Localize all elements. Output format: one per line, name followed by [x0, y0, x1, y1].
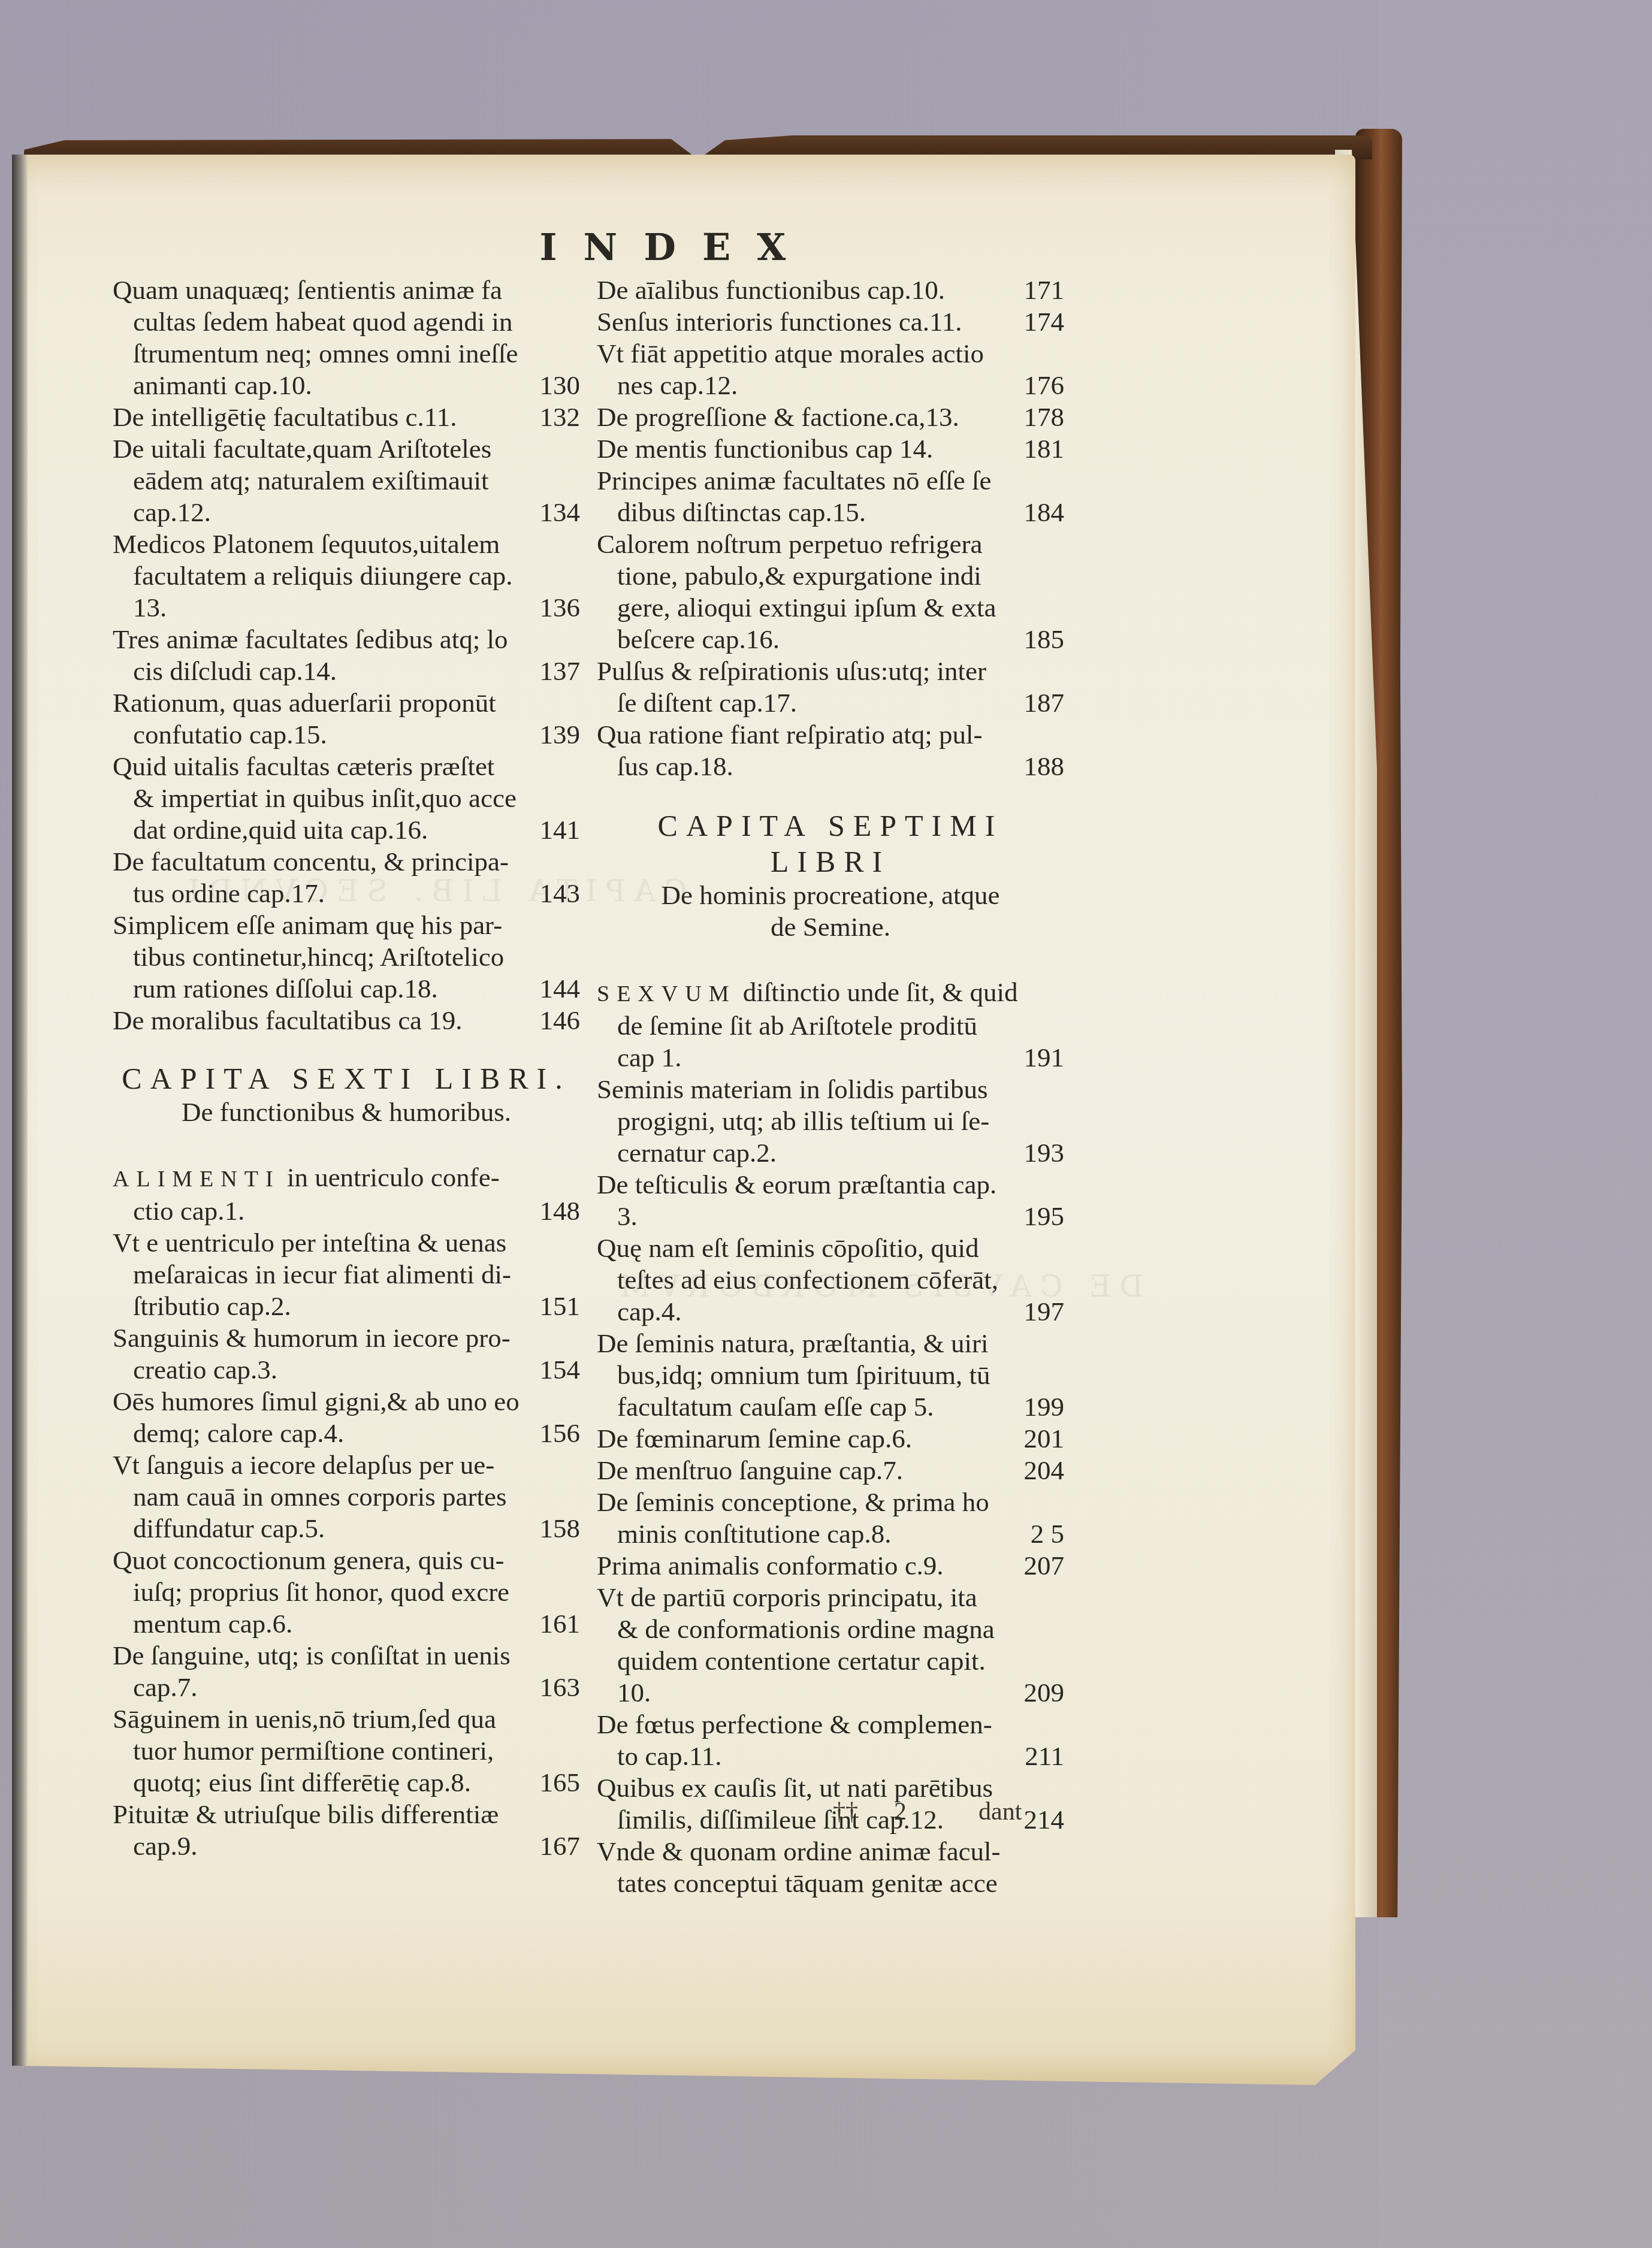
index-entry-line: ALIMENTI in uentriculo confe-	[113, 1162, 580, 1195]
entry-text: tuor humor permiſtione contineri,	[133, 1735, 494, 1767]
entry-text: 3.	[617, 1201, 638, 1232]
index-entry-line: confutatio cap.15.139	[113, 719, 580, 751]
entry-text: progigni, utq; ab illis teſtium ui ſe-	[617, 1105, 989, 1137]
entry-text: De mentis functionibus cap 14.	[597, 433, 933, 465]
page-header-title: INDEX	[0, 225, 1334, 269]
index-entry-line: tates conceptui tāquam genitæ acce	[597, 1868, 1064, 1899]
entry-text: 10.	[617, 1677, 651, 1709]
index-entry-line: ſtrumentum neq; omnes omni ineſſe	[113, 338, 580, 370]
index-entry-line: Qua ratione fiant reſpiratio atq; pul-	[597, 719, 1064, 751]
index-entry-line: cultas ſedem habeat quod agendi in	[113, 306, 580, 338]
index-entry-line: demq; calore cap.4.156	[113, 1418, 580, 1449]
index-entry-line: Prima animalis conformatio c.9.207	[597, 1550, 1064, 1582]
index-entry-line: De fœtus perfectione & complemen-	[597, 1709, 1064, 1741]
entry-text: De fœtus perfectione & complemen-	[597, 1709, 992, 1741]
page-number: 214	[1016, 1804, 1065, 1836]
index-entry-line: Oēs humores ſimul gigni,& ab uno eo	[113, 1386, 580, 1418]
page-gutter	[12, 155, 28, 2085]
entry-text: Calorem noſtrum perpetuo refrigera	[597, 528, 983, 560]
index-entry-line: facultatem a reliquis diiungere cap.	[113, 560, 580, 592]
entry-text: gere, alioqui extingui ipſum & exta	[617, 592, 996, 624]
page-signature-line: †† 2 dant	[833, 1797, 1022, 1826]
entry-text: Oēs humores ſimul gigni,& ab uno eo	[113, 1386, 520, 1418]
entry-text: Pituitæ & utriuſque bilis differentiæ	[113, 1799, 499, 1830]
index-entry: Quid uitalis facultas cæteris præſtet& i…	[113, 751, 580, 846]
entry-text: tibus continetur,hincq; Ariſtotelico	[133, 941, 504, 973]
page-number: 139	[531, 719, 581, 751]
entry-text: cis diſcludi cap.14.	[133, 655, 337, 687]
entry-text-rest: diſtinctio unde ſit, & quid	[736, 977, 1017, 1007]
index-entry-line: dibus diſtinctas cap.15.184	[597, 497, 1064, 528]
entry-lead-word: ALIMENTI	[113, 1167, 280, 1192]
entry-text: Medicos Platonem ſequutos,uitalem	[113, 528, 500, 560]
index-entry-line: bus,idq; omnium tum ſpirituum, tū	[597, 1359, 1064, 1391]
right-index-column: De aīalibus functionibus cap.10.171Senſu…	[597, 274, 1064, 1899]
catchword: dant	[978, 1797, 1022, 1826]
entry-text: minis conſtitutione cap.8.	[617, 1518, 891, 1550]
page-number: 163	[531, 1672, 581, 1703]
entry-text: quidem contentione certatur capit.	[617, 1645, 986, 1677]
right-entries-bottom: SEXVUM diſtinctio unde ſit, & quidde ſem…	[597, 977, 1064, 1899]
page-number: 132	[531, 401, 581, 433]
page-number: 130	[531, 370, 581, 401]
index-entry-line: tus ordine cap.17.143	[113, 878, 580, 910]
section-heading-sixth-book: CAPITA SEXTI LIBRI. De functionibus & hu…	[113, 1060, 580, 1128]
entry-text: Quid uitalis facultas cæteris præſtet	[113, 751, 494, 782]
entry-text: De menſtruo ſanguine cap.7.	[597, 1455, 903, 1486]
right-entries-top: De aīalibus functionibus cap.10.171Senſu…	[597, 274, 1064, 782]
page-number: 176	[1016, 370, 1065, 401]
index-entry-line: Senſus interioris functiones ca.11.174	[597, 306, 1064, 338]
entry-text: cap 1.	[617, 1042, 681, 1074]
index-entry-line: diffundatur cap.5.158	[113, 1513, 580, 1545]
entry-lead-word: SEXVUM	[597, 981, 736, 1007]
entry-text: rum rationes diſſolui cap.18.	[133, 973, 438, 1005]
entry-text: De ſeminis natura, præſtantia, & uiri	[597, 1328, 989, 1359]
index-entry: Senſus interioris functiones ca.11.174	[597, 306, 1064, 338]
page-number: 181	[1016, 433, 1065, 465]
index-entry-line: De uitali facultate,quam Ariſtoteles	[113, 433, 580, 465]
page-number: 134	[531, 497, 581, 528]
index-entry-line: Vt fiāt appetitio atque morales actio	[597, 338, 1064, 370]
entry-text: bus,idq; omnium tum ſpirituum, tū	[617, 1359, 990, 1391]
index-entry: ALIMENTI in uentriculo confe-ctio cap.1.…	[113, 1162, 580, 1227]
index-entry-line: Sanguinis & humorum in iecore pro-	[113, 1322, 580, 1354]
page-number: 185	[1016, 624, 1065, 655]
index-entry-line: nes cap.12.176	[597, 370, 1064, 401]
page-number: 165	[531, 1767, 581, 1799]
entry-text: ſus cap.18.	[617, 751, 733, 782]
index-entry: De mentis functionibus cap 14.181	[597, 433, 1064, 465]
page-number: 154	[531, 1354, 581, 1386]
page-number: 144	[531, 973, 581, 1005]
index-entry-line: beſcere cap.16.185	[597, 624, 1064, 655]
index-entry-line: Seminis materiam in ſolidis partibus	[597, 1074, 1064, 1105]
index-entry: De ſeminis conceptione, & prima hominis …	[597, 1486, 1064, 1550]
entry-text: 13.	[133, 592, 167, 624]
page-number: 137	[531, 655, 581, 687]
index-entry: Principes animæ facultates nō eſſe ſedib…	[597, 465, 1064, 528]
entry-text: dat ordine,quid uita cap.16.	[133, 814, 428, 846]
index-entry-line: mentum cap.6.161	[113, 1608, 580, 1640]
entry-text: Simplicem eſſe animam quę his par-	[113, 910, 502, 941]
entry-text: ctio cap.1.	[133, 1195, 244, 1227]
index-entry-line: facultatum cauſam eſſe cap 5.199	[597, 1391, 1064, 1423]
index-entry-line: ſe diſtent cap.17.187	[597, 687, 1064, 719]
page-number: 193	[1016, 1137, 1065, 1169]
entry-text: cap.9.	[133, 1830, 197, 1862]
entry-text: facultatum cauſam eſſe cap 5.	[617, 1391, 934, 1423]
entry-text: Tres animæ facultates ſedibus atq; lo	[113, 624, 508, 655]
index-entry-line: cap.12.134	[113, 497, 580, 528]
index-entry-line: Quę nam eſt ſeminis cōpoſitio, quid	[597, 1232, 1064, 1264]
entry-text: SEXVUM diſtinctio unde ſit, & quid	[597, 977, 1017, 1010]
index-entry-line: Vt e uentriculo per inteſtina & uenas	[113, 1227, 580, 1259]
entry-text: Vt e uentriculo per inteſtina & uenas	[113, 1227, 506, 1259]
index-entry: De fœtus perfectione & complemen-to cap.…	[597, 1709, 1064, 1772]
entry-text: Qua ratione fiant reſpiratio atq; pul-	[597, 719, 983, 751]
index-entry-line: cap.4.197	[597, 1296, 1064, 1328]
entry-text: De ſeminis conceptione, & prima ho	[597, 1486, 989, 1518]
index-entry-line: tuor humor permiſtione contineri,	[113, 1735, 580, 1767]
index-entry-line: creatio cap.3.154	[113, 1354, 580, 1386]
index-entry-line: 3.195	[597, 1201, 1064, 1232]
index-entry: Pituitæ & utriuſque bilis differentiæcap…	[113, 1799, 580, 1862]
index-entry-line: cis diſcludi cap.14.137	[113, 655, 580, 687]
index-entry-line: teſtes ad eius confectionem cōferāt,	[597, 1264, 1064, 1296]
page-number: 158	[531, 1513, 581, 1545]
page-number: 207	[1016, 1550, 1065, 1582]
index-entry-line: De fœminarum ſemine cap.6.201	[597, 1423, 1064, 1455]
index-entry-line: Rationum, quas aduerſarii proponūt	[113, 687, 580, 719]
entry-text: De moralibus facultatibus ca 19.	[113, 1005, 463, 1037]
entry-text: & impertiat in quibus inſit,quo acce	[133, 782, 517, 814]
index-entry: De fœminarum ſemine cap.6.201	[597, 1423, 1064, 1455]
page-number: 197	[1016, 1296, 1065, 1328]
entry-text: De progreſſione & factione.ca,13.	[597, 401, 959, 433]
index-entry: Simplicem eſſe animam quę his par-tibus …	[113, 910, 580, 1005]
index-entry-line: minis conſtitutione cap.8.2 5	[597, 1518, 1064, 1550]
entry-text: Vt fiāt appetitio atque morales actio	[597, 338, 984, 370]
index-entry-line: ſtributio cap.2.151	[113, 1291, 580, 1322]
entry-text: De aīalibus functionibus cap.10.	[597, 274, 945, 306]
entry-text: demq; calore cap.4.	[133, 1418, 344, 1449]
index-entry: Quam unaquæq; ſentientis animæ facultas …	[113, 274, 580, 401]
entry-text: teſtes ad eius confectionem cōferāt,	[617, 1264, 998, 1296]
page-number: 136	[531, 592, 581, 624]
index-entry: SEXVUM diſtinctio unde ſit, & quidde ſem…	[597, 977, 1064, 1074]
page-number: 188	[1016, 751, 1065, 782]
index-entry: De menſtruo ſanguine cap.7.204	[597, 1455, 1064, 1486]
index-entry-line: iuſq; proprius ſit honor, quod excre	[113, 1576, 580, 1608]
entry-text: Senſus interioris functiones ca.11.	[597, 306, 962, 338]
index-entry: De uitali facultate,quam Ariſtoteleseāde…	[113, 433, 580, 528]
index-entry-line: Calorem noſtrum perpetuo refrigera	[597, 528, 1064, 560]
index-entry-line: cernatur cap.2.193	[597, 1137, 1064, 1169]
left-index-column: Quam unaquæq; ſentientis animæ facultas …	[113, 274, 580, 1862]
entry-text: ſe diſtent cap.17.	[617, 687, 797, 719]
page-number: 195	[1016, 1201, 1065, 1232]
page-number: 156	[531, 1418, 581, 1449]
page-number: 141	[531, 814, 581, 846]
section-subtitle: De functionibus & humoribus.	[113, 1096, 580, 1128]
index-entry-line: Medicos Platonem ſequutos,uitalem	[113, 528, 580, 560]
page-number: 148	[531, 1195, 581, 1227]
left-entries-top: Quam unaquæq; ſentientis animæ facultas …	[113, 274, 580, 1037]
index-entry: Seminis materiam in ſolidis partibusprog…	[597, 1074, 1064, 1169]
entry-text: Rationum, quas aduerſarii proponūt	[113, 687, 496, 719]
entry-text: cultas ſedem habeat quod agendi in	[133, 306, 513, 338]
index-entry: Vnde & quonam ordine animæ facul-tates c…	[597, 1836, 1064, 1899]
page-number: 151	[531, 1291, 581, 1322]
index-entry-line: 13.136	[113, 592, 580, 624]
index-entry-line: Pulſus & reſpirationis uſus:utq; inter	[597, 655, 1064, 687]
book-page: CAPITA LIB. SECVNDI DE CAVSIS MORBORVM I…	[12, 155, 1355, 2085]
section-subtitle-line-2: de Semine.	[597, 911, 1064, 943]
signature-mark: ††	[833, 1797, 858, 1826]
entry-text: eādem atq; naturalem exiſtimauit	[133, 465, 489, 497]
index-entry: Oēs humores ſimul gigni,& ab uno eodemq;…	[113, 1386, 580, 1449]
entry-text: Sanguinis & humorum in iecore pro-	[113, 1322, 511, 1354]
entry-text: Vt de partiū corporis principatu, ita	[597, 1582, 977, 1614]
entry-text: De uitali facultate,quam Ariſtoteles	[113, 433, 491, 465]
index-entry-line: Quid uitalis facultas cæteris præſtet	[113, 751, 580, 782]
entry-text: tates conceptui tāquam genitæ acce	[617, 1868, 998, 1899]
entry-text: De facultatum concentu, & principa-	[113, 846, 509, 878]
entry-text: de ſemine ſit ab Ariſtotele proditū	[617, 1010, 977, 1042]
entry-text: Pulſus & reſpirationis uſus:utq; inter	[597, 655, 986, 687]
index-entry-line: progigni, utq; ab illis teſtium ui ſe-	[597, 1105, 1064, 1137]
index-entry-line: Tres animæ facultates ſedibus atq; lo	[113, 624, 580, 655]
index-entry-line: meſaraicas in iecur fiat alimenti di-	[113, 1259, 580, 1291]
entry-text: cernatur cap.2.	[617, 1137, 777, 1169]
page-number: 204	[1016, 1455, 1065, 1486]
page-number: 167	[531, 1830, 581, 1862]
section-title: CAPITA SEPTIMI LIBRI	[597, 808, 1064, 880]
index-entry: Vt fiāt appetitio atque morales actiones…	[597, 338, 1064, 401]
index-entry-line: Pituitæ & utriuſque bilis differentiæ	[113, 1799, 580, 1830]
index-entry: Calorem noſtrum perpetuo refrigeratione,…	[597, 528, 1064, 655]
index-entry-line: Quam unaquæq; ſentientis animæ fa	[113, 274, 580, 306]
index-entry-line: tibus continetur,hincq; Ariſtotelico	[113, 941, 580, 973]
page-number: 187	[1016, 687, 1065, 719]
index-entry: Pulſus & reſpirationis uſus:utq; interſe…	[597, 655, 1064, 719]
index-entry-line: quidem contentione certatur capit.	[597, 1645, 1064, 1677]
index-entry-line: quotq; eius ſint differētię cap.8.165	[113, 1767, 580, 1799]
entry-text: iuſq; proprius ſit honor, quod excre	[133, 1576, 509, 1608]
index-entry-line: De teſticulis & eorum præſtantia cap.	[597, 1169, 1064, 1201]
entry-text: & de conformationis ordine magna	[617, 1614, 995, 1645]
index-entry-line: De intelligētię facultatibus c.11.132	[113, 401, 580, 433]
page-number: 209	[1016, 1677, 1065, 1709]
entry-text: to cap.11.	[617, 1741, 722, 1772]
entry-text: cap.4.	[617, 1296, 681, 1328]
index-entry: Sāguinem in uenis,nō trium,ſed quatuor h…	[113, 1703, 580, 1799]
index-entry: De intelligētię facultatibus c.11.132	[113, 401, 580, 433]
index-entry-line: animanti cap.10.130	[113, 370, 580, 401]
entry-text: creatio cap.3.	[133, 1354, 277, 1386]
index-entry-line: ſus cap.18.188	[597, 751, 1064, 782]
page-number: 143	[531, 878, 581, 910]
index-entry: De facultatum concentu, & principa-tus o…	[113, 846, 580, 910]
entry-text-rest: in uentriculo confe-	[280, 1162, 500, 1192]
index-entry-line: de ſemine ſit ab Ariſtotele proditū	[597, 1010, 1064, 1042]
index-entry-line: nam cauā in omnes corporis partes	[113, 1481, 580, 1513]
index-entry: Tres animæ facultates ſedibus atq; locis…	[113, 624, 580, 687]
index-entry-line: Quot concoctionum genera, quis cu-	[113, 1545, 580, 1576]
entry-text: tione, pabulo,& expurgatione indi	[617, 560, 981, 592]
index-entry-line: & impertiat in quibus inſit,quo acce	[113, 782, 580, 814]
left-entries-bottom: ALIMENTI in uentriculo confe-ctio cap.1.…	[113, 1162, 580, 1862]
index-entry-line: Vt de partiū corporis principatu, ita	[597, 1582, 1064, 1614]
index-entry-line: De progreſſione & factione.ca,13.178	[597, 401, 1064, 433]
entry-text: animanti cap.10.	[133, 370, 312, 401]
entry-text: quotq; eius ſint differētię cap.8.	[133, 1767, 471, 1799]
entry-text: Prima animalis conformatio c.9.	[597, 1550, 944, 1582]
index-entry: De teſticulis & eorum præſtantia cap.3.1…	[597, 1169, 1064, 1232]
section-heading-seventh-book: CAPITA SEPTIMI LIBRI De hominis procreat…	[597, 808, 1064, 943]
index-entry: Medicos Platonem ſequutos,uitalemfaculta…	[113, 528, 580, 624]
index-entry: Vt de partiū corporis principatu, ita& d…	[597, 1582, 1064, 1709]
entry-text: ſtributio cap.2.	[133, 1291, 291, 1322]
index-entry-line: SEXVUM diſtinctio unde ſit, & quid	[597, 977, 1064, 1010]
index-entry-line: tione, pabulo,& expurgatione indi	[597, 560, 1064, 592]
index-entry-line: cap 1.191	[597, 1042, 1064, 1074]
index-entry: Vt ſanguis a iecore delapſus per ue-nam …	[113, 1449, 580, 1545]
entry-text: cap.12.	[133, 497, 211, 528]
entry-text: ſtrumentum neq; omnes omni ineſſe	[133, 338, 518, 370]
entry-text: Quot concoctionum genera, quis cu-	[113, 1545, 505, 1576]
index-entry: Vt e uentriculo per inteſtina & uenasmeſ…	[113, 1227, 580, 1322]
index-entry-line: cap.9.167	[113, 1830, 580, 1862]
page-number: 201	[1016, 1423, 1065, 1455]
index-entry-line: 10.209	[597, 1677, 1064, 1709]
index-entry-line: De ſeminis natura, præſtantia, & uiri	[597, 1328, 1064, 1359]
index-entry-line: De mentis functionibus cap 14.181	[597, 433, 1064, 465]
entry-text: diffundatur cap.5.	[133, 1513, 325, 1545]
page-number: 184	[1016, 497, 1065, 528]
entry-text: confutatio cap.15.	[133, 719, 327, 751]
index-entry: Quot concoctionum genera, quis cu-iuſq; …	[113, 1545, 580, 1640]
index-entry-line: to cap.11.211	[597, 1741, 1064, 1772]
entry-text: ALIMENTI in uentriculo confe-	[113, 1162, 500, 1195]
entry-text: cap.7.	[133, 1672, 197, 1703]
section-title: CAPITA SEXTI LIBRI.	[113, 1060, 580, 1096]
index-entry-line: dat ordine,quid uita cap.16.141	[113, 814, 580, 846]
entry-text: De teſticulis & eorum præſtantia cap.	[597, 1169, 996, 1201]
index-entry: De moralibus facultatibus ca 19.146	[113, 1005, 580, 1037]
entry-text: Vnde & quonam ordine animæ facul-	[597, 1836, 1001, 1868]
entry-text: nam cauā in omnes corporis partes	[133, 1481, 507, 1513]
entry-text: mentum cap.6.	[133, 1608, 292, 1640]
index-entry: Quę nam eſt ſeminis cōpoſitio, quidteſte…	[597, 1232, 1064, 1328]
index-entry: Prima animalis conformatio c.9.207	[597, 1550, 1064, 1582]
entry-text: Seminis materiam in ſolidis partibus	[597, 1074, 987, 1105]
index-entry-line: eādem atq; naturalem exiſtimauit	[113, 465, 580, 497]
index-entry-line: Vnde & quonam ordine animæ facul-	[597, 1836, 1064, 1868]
index-entry: Rationum, quas aduerſarii proponūtconfut…	[113, 687, 580, 751]
index-entry-line: gere, alioqui extingui ipſum & exta	[597, 592, 1064, 624]
index-entry-line: De ſanguine, utq; is conſiſtat in uenis	[113, 1640, 580, 1672]
entry-text: nes cap.12.	[617, 370, 738, 401]
page-number	[1056, 1868, 1064, 1899]
entry-text: De fœminarum ſemine cap.6.	[597, 1423, 912, 1455]
index-entry: Sanguinis & humorum in iecore pro-creati…	[113, 1322, 580, 1386]
page-number: 211	[1016, 1741, 1064, 1772]
index-entry-line: De aīalibus functionibus cap.10.171	[597, 274, 1064, 306]
entry-text: De intelligētię facultatibus c.11.	[113, 401, 457, 433]
index-entry: Qua ratione fiant reſpiratio atq; pul-ſu…	[597, 719, 1064, 782]
entry-text: Quę nam eſt ſeminis cōpoſitio, quid	[597, 1232, 978, 1264]
index-entry: De ſeminis natura, præſtantia, & uiribus…	[597, 1328, 1064, 1423]
index-entry: De progreſſione & factione.ca,13.178	[597, 401, 1064, 433]
index-entry-line: & de conformationis ordine magna	[597, 1614, 1064, 1645]
page-number: 178	[1016, 401, 1065, 433]
section-subtitle-line-1: De hominis procreatione, atque	[597, 880, 1064, 911]
entry-text: beſcere cap.16.	[617, 624, 780, 655]
index-entry-line: Vt ſanguis a iecore delapſus per ue-	[113, 1449, 580, 1481]
entry-text: Quam unaquæq; ſentientis animæ fa	[113, 274, 502, 306]
index-entry-line: De facultatum concentu, & principa-	[113, 846, 580, 878]
entry-text: De ſanguine, utq; is conſiſtat in uenis	[113, 1640, 511, 1672]
entry-text: tus ordine cap.17.	[133, 878, 325, 910]
index-entry: De ſanguine, utq; is conſiſtat in uenisc…	[113, 1640, 580, 1703]
page-number: 174	[1016, 306, 1065, 338]
index-entry-line: Simplicem eſſe animam quę his par-	[113, 910, 580, 941]
entry-text: facultatem a reliquis diiungere cap.	[133, 560, 512, 592]
index-entry-line: Principes animæ facultates nō eſſe ſe	[597, 465, 1064, 497]
entry-text: Principes animæ facultates nō eſſe ſe	[597, 465, 992, 497]
entry-text: meſaraicas in iecur fiat alimenti di-	[133, 1259, 511, 1291]
entry-text: Sāguinem in uenis,nō trium,ſed qua	[113, 1703, 496, 1735]
index-entry-line: ctio cap.1.148	[113, 1195, 580, 1227]
page-number: 161	[531, 1608, 581, 1640]
index-entry-line: rum rationes diſſolui cap.18.144	[113, 973, 580, 1005]
page-number: 2 5	[1022, 1518, 1064, 1550]
page-number: 191	[1016, 1042, 1065, 1074]
page-number: 171	[1016, 274, 1065, 306]
index-entry: De aīalibus functionibus cap.10.171	[597, 274, 1064, 306]
entry-text: dibus diſtinctas cap.15.	[617, 497, 866, 528]
index-entry-line: Sāguinem in uenis,nō trium,ſed qua	[113, 1703, 580, 1735]
index-entry-line: De menſtruo ſanguine cap.7.204	[597, 1455, 1064, 1486]
index-entry-line: De moralibus facultatibus ca 19.146	[113, 1005, 580, 1037]
page-number: 199	[1016, 1391, 1065, 1423]
index-entry-line: De ſeminis conceptione, & prima ho	[597, 1486, 1064, 1518]
index-entry-line: cap.7.163	[113, 1672, 580, 1703]
entry-text: Vt ſanguis a iecore delapſus per ue-	[113, 1449, 494, 1481]
signature-number: 2	[894, 1797, 907, 1826]
page-number: 146	[531, 1005, 581, 1037]
